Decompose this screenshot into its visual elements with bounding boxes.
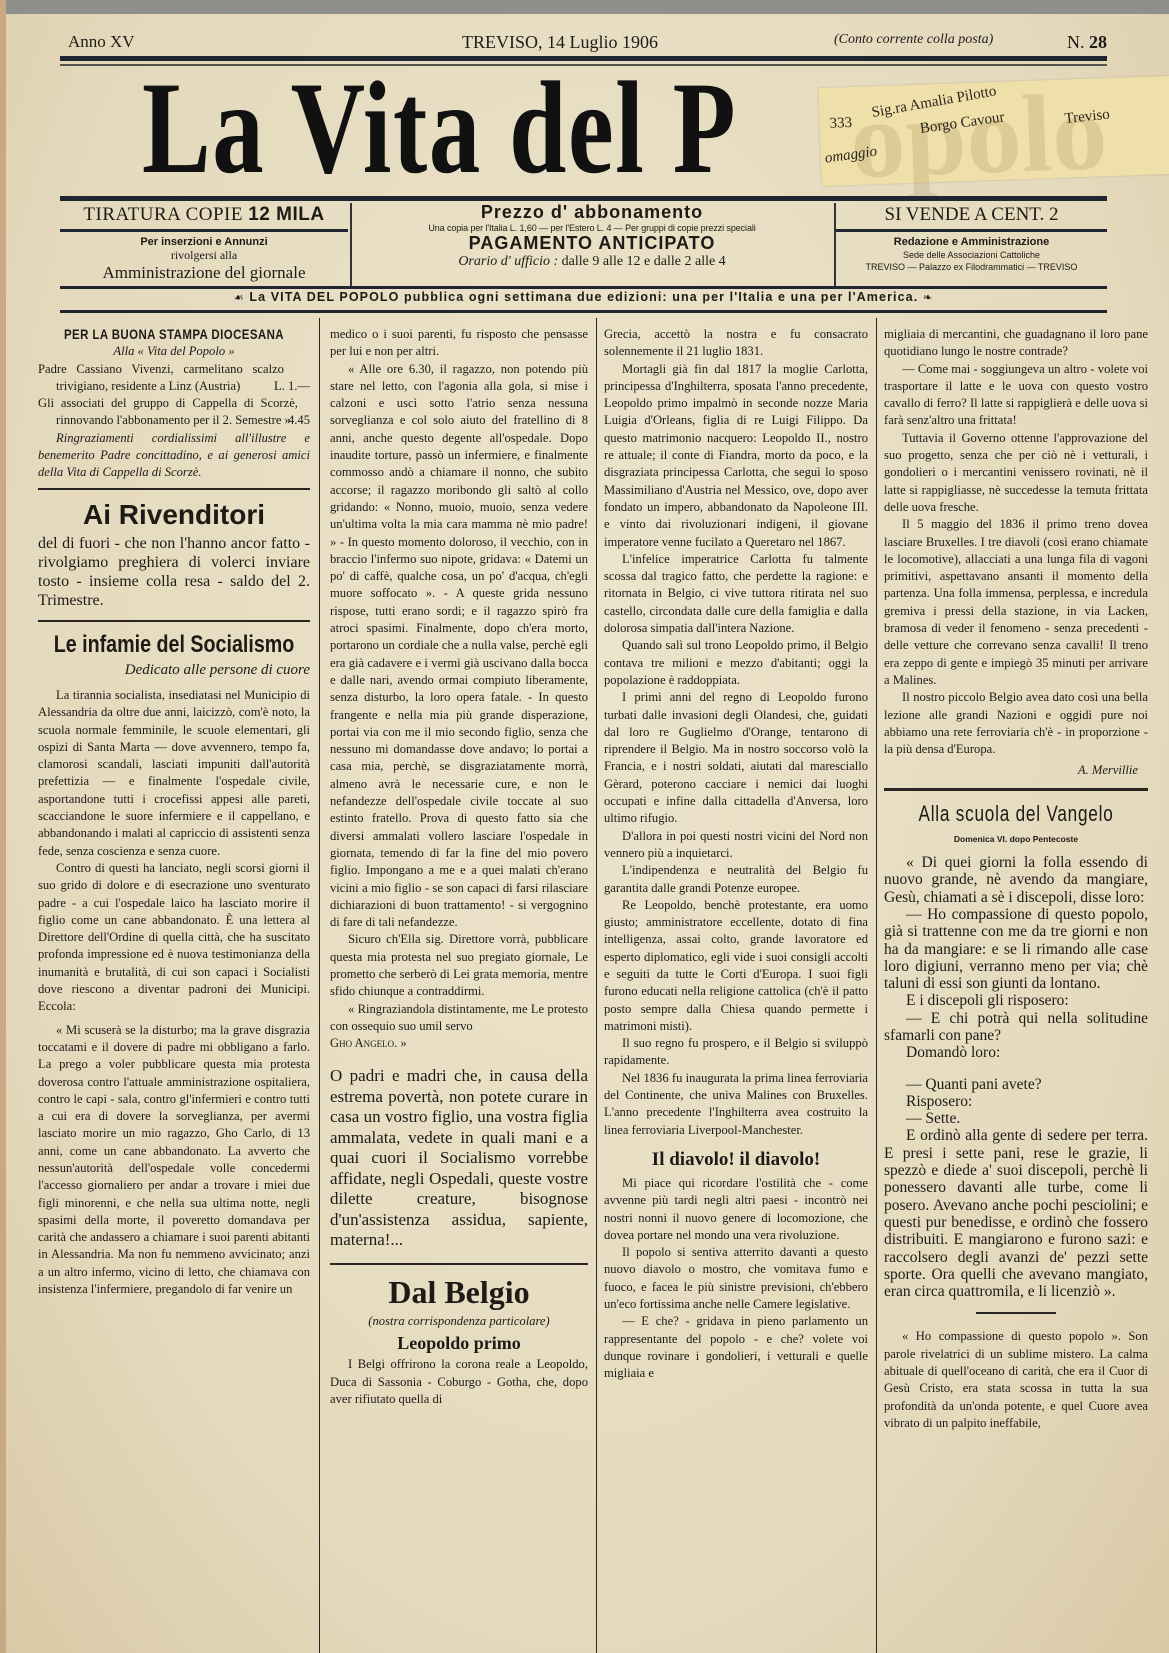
volume-year: Anno XV [68,32,135,52]
column-4: migliaia di mercantini, che guadagnano i… [884,326,1148,1432]
donation-item: Padre Cassiano Vivenzi, carmelitano scal… [38,361,310,396]
column-rule [319,318,320,1653]
masthead-title: La Vita del P [142,58,737,198]
issue-number: N. 28 [1067,32,1107,53]
donation-item: Gli associati del gruppo di Cappella di … [38,395,310,430]
editions-banner: ☙ La VITA DEL POPOLO pubblica ogni setti… [60,290,1107,304]
banner-rule-bottom [60,310,1107,313]
gospel-passage: « Di quei giorni la folla essendo di nuo… [884,854,1148,1300]
scan-edge-left [0,0,6,1653]
postal-account-note: (Conto corrente colla posta) [834,32,993,48]
column-rule [876,318,877,1653]
subscriber-number: 333 [829,115,852,133]
heading-il-diavolo: Il diavolo! il diavolo! [604,1145,868,1175]
column-3: Grecia, accettò la nostra e fu consacrat… [604,326,868,1383]
heading-dal-belgio: Dal Belgio [330,1271,588,1313]
heading-scuola-vangelo: Alla scuola del Vangelo [890,797,1143,831]
masthead-rule [60,196,1107,201]
author-signature: A. Mervillie [884,762,1148,779]
heading-buona-stampa: PER LA BUONA STAMPA DIOCESANA [62,326,285,343]
newspaper-page: Anno XV TREVISO, 14 Luglio 1906 (Conto c… [0,0,1169,1653]
printer-ornament-icon: ☙ [234,291,245,304]
gospel-commentary: « Ho compassione di questo popolo ». Son… [884,1328,1148,1432]
heading-infamie-socialismo: Le infamie del Socialismo [43,628,305,662]
dateline: Anno XV TREVISO, 14 Luglio 1906 (Conto c… [48,32,1107,56]
sale-box: SI VENDE A CENT. 2 Redazione e Amministr… [836,202,1107,286]
address-label: opolo 333 Sig.ra Amalia Pilotto Borgo Ca… [818,76,1169,186]
appeal-paragraph: O padri e madri che, in causa della estr… [330,1066,588,1251]
city-date: TREVISO, 14 Luglio 1906 [462,32,658,53]
column-2: medico o i suoi parenti, fu risposto che… [330,326,588,1408]
circulation-box: TIRATURA COPIE 12 MILA Per inserzioni e … [60,202,348,286]
column-rule [596,318,597,1653]
column-1: PER LA BUONA STAMPA DIOCESANA Alla « Vit… [38,326,310,1298]
subscription-box: Prezzo d' abbonamento Una copia per l'It… [352,202,832,286]
scan-edge-top [0,0,1169,14]
letter-signature: Gho Angelo. » [330,1035,588,1052]
printer-ornament-icon: ❧ [923,291,933,304]
banner-rule [60,286,1107,289]
heading-rivenditori: Ai Rivenditori [38,496,310,534]
heading-leopoldo-primo: Leopoldo primo [330,1330,588,1356]
